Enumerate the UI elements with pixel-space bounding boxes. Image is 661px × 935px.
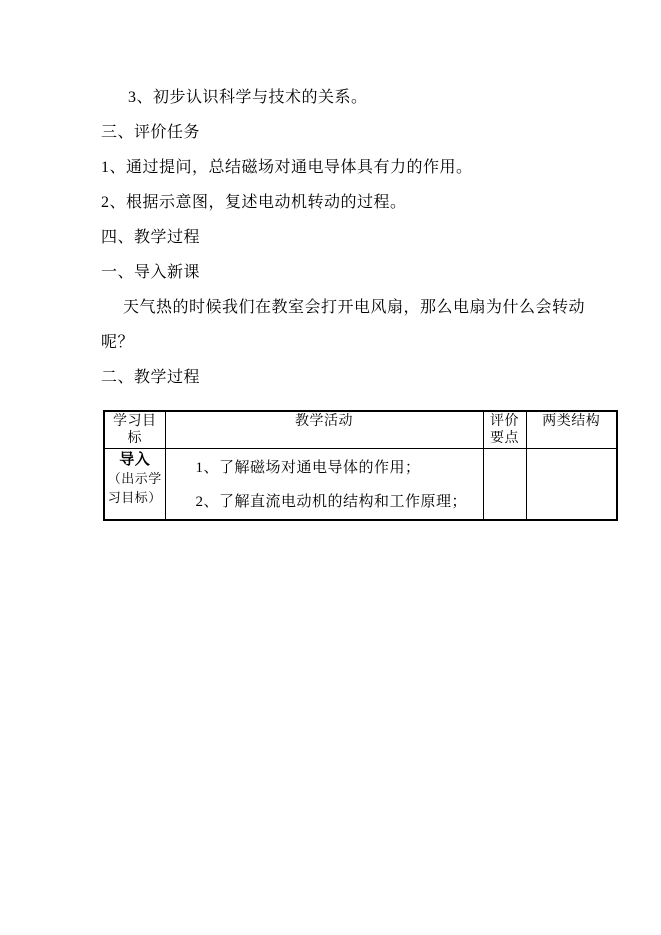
paragraph-line: 天气热的时候我们在教室会打开电风扇，那么电扇为什么会转动 <box>101 290 581 325</box>
table-row: 导入 （出示学 习目标） 1、了解磁场对通电导体的作用； 2、了解直流电动机的结… <box>104 449 617 521</box>
header-teaching-activity-label: 教学活动 <box>166 413 483 430</box>
header-learning-goal-line1: 学习目 <box>105 413 165 430</box>
stage-note-line2: 习目标） <box>105 488 165 507</box>
table-header-row: 学习目 标 教学活动 评价 要点 两类结构 <box>104 411 617 449</box>
document-text-block: 3、初步认识科学与技术的关系。 三、评价任务 1、通过提问，总结磁场对通电导体具… <box>101 80 581 395</box>
stage-title: 导入 <box>105 449 165 469</box>
cell-two-type-structure-empty <box>526 449 617 521</box>
lesson-plan-table: 学习目 标 教学活动 评价 要点 两类结构 导入 （出示学 习目标） <box>103 410 618 521</box>
subsection-heading-lesson-intro: 一、导入新课 <box>101 255 581 290</box>
cell-teaching-activities: 1、了解磁场对通电导体的作用； 2、了解直流电动机的结构和工作原理； <box>165 449 483 521</box>
header-two-type-structure-label: 两类结构 <box>527 413 617 430</box>
header-learning-goal-line2: 标 <box>105 430 165 447</box>
activity-item: 2、了解直流电动机的结构和工作原理； <box>166 492 483 512</box>
cell-evaluation-points-empty <box>483 449 526 521</box>
cell-stage-intro: 导入 （出示学 习目标） <box>104 449 165 521</box>
activity-item: 1、了解磁场对通电导体的作用； <box>166 458 483 478</box>
paragraph-line: 2、根据示意图，复述电动机转动的过程。 <box>101 185 581 220</box>
stage-note-line1: （出示学 <box>105 469 165 488</box>
header-evaluation-points-line1: 评价 <box>484 413 526 430</box>
paragraph-line: 1、通过提问，总结磁场对通电导体具有力的作用。 <box>101 150 581 185</box>
paragraph-line: 3、初步认识科学与技术的关系。 <box>101 80 581 115</box>
subsection-heading-teaching-process: 二、教学过程 <box>101 360 581 395</box>
header-cell-two-type-structure: 两类结构 <box>526 411 617 449</box>
header-cell-evaluation-points: 评价 要点 <box>483 411 526 449</box>
section-heading-teaching-process: 四、教学过程 <box>101 220 581 255</box>
document-page: 3、初步认识科学与技术的关系。 三、评价任务 1、通过提问，总结磁场对通电导体具… <box>0 0 661 935</box>
section-heading-evaluation-tasks: 三、评价任务 <box>101 115 581 150</box>
header-cell-teaching-activity: 教学活动 <box>165 411 483 449</box>
header-evaluation-points-line2: 要点 <box>484 430 526 447</box>
header-cell-learning-goal: 学习目 标 <box>104 411 165 449</box>
paragraph-line: 呢？ <box>101 325 581 360</box>
